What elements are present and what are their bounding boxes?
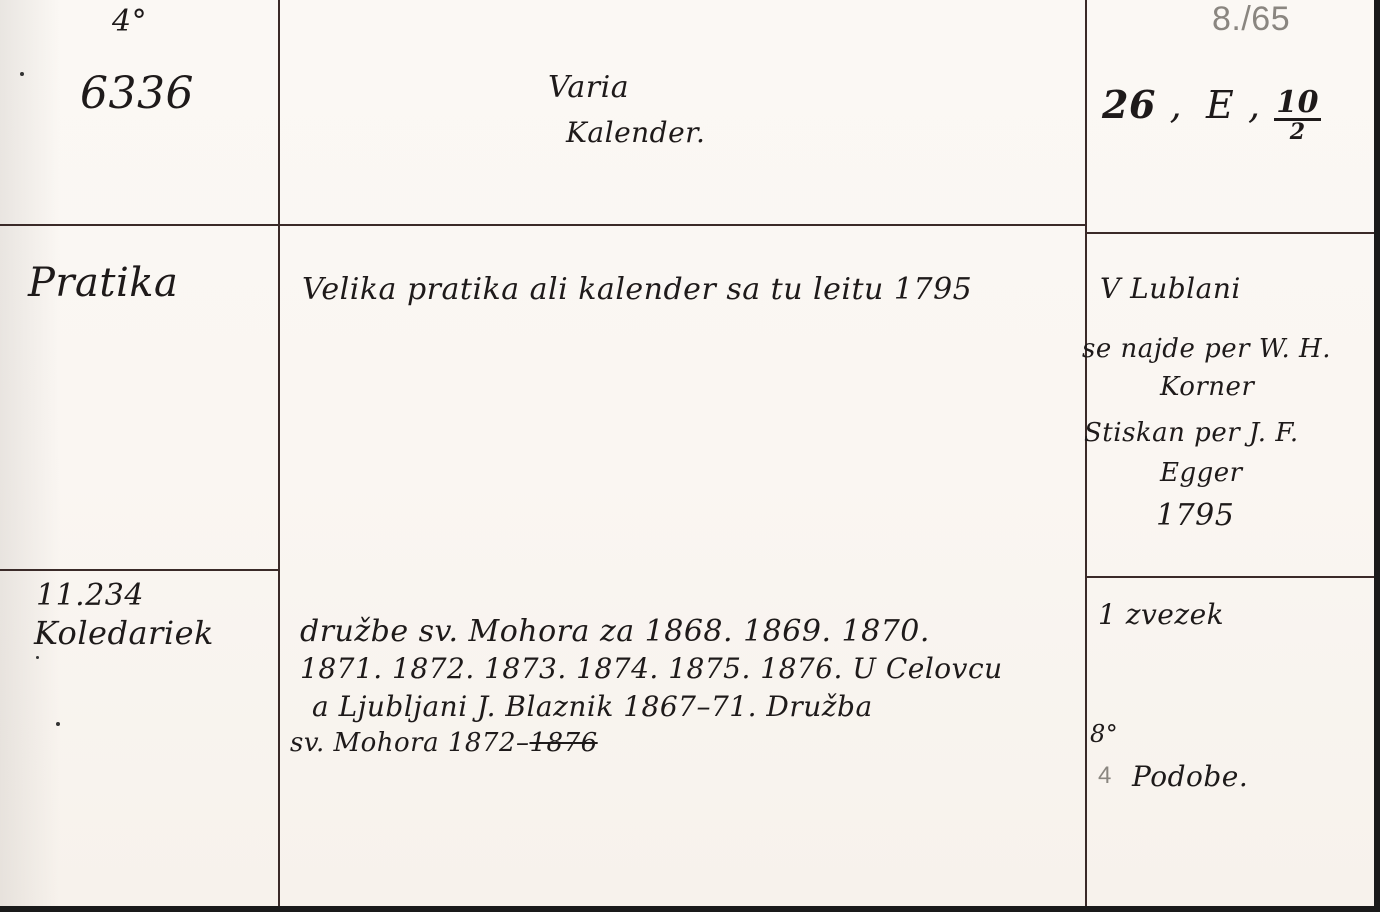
row-rule-entry1-right bbox=[1085, 576, 1374, 578]
entry2-illustrations: Podobe. bbox=[1132, 760, 1248, 793]
entry2-heading: Koledariek bbox=[34, 614, 214, 652]
entry2-number: 11.234 bbox=[36, 578, 144, 613]
shelf-mark-fraction-num: 10 bbox=[1274, 88, 1321, 121]
call-number: 6336 bbox=[80, 68, 194, 119]
entry2-title-line-3: a Ljubljani J. Blaznik 1867–71. Družba bbox=[312, 690, 873, 723]
shelf-mark-part-b: E bbox=[1206, 83, 1234, 127]
shelf-mark: 26 , E , 10 2 bbox=[1102, 82, 1321, 143]
ink-speck bbox=[20, 72, 24, 76]
shelf-mark-sep-1: , bbox=[1170, 83, 1183, 127]
ink-speck bbox=[56, 722, 60, 726]
entry1-heading: Pratika bbox=[28, 260, 178, 306]
row-rule-header-right bbox=[1085, 232, 1374, 234]
column-rule-right bbox=[1085, 0, 1087, 906]
row-rule-header bbox=[0, 224, 1085, 226]
format-label: 4° bbox=[112, 4, 147, 39]
entry1-imprint-line-5: Egger bbox=[1160, 458, 1243, 488]
shelf-mark-sep-2: , bbox=[1248, 83, 1261, 127]
column-rule-left bbox=[278, 0, 280, 906]
entry1-imprint-line-4: Stiskan per J. F. bbox=[1084, 418, 1299, 448]
entry1-title: Velika pratika ali kalender sa tu leitu … bbox=[302, 272, 972, 307]
entry1-imprint-line-3: Korner bbox=[1160, 372, 1254, 402]
pencil-note: 8./65 bbox=[1212, 0, 1290, 39]
shelf-mark-fraction: 10 2 bbox=[1274, 88, 1321, 143]
shelf-mark-fraction-den: 2 bbox=[1274, 121, 1321, 143]
row-rule-entry1-left bbox=[0, 569, 278, 571]
header-subject: Varia bbox=[548, 70, 629, 105]
entry2-format: 8° bbox=[1090, 720, 1118, 748]
catalog-card: 4° 6336 Varia Kalender. 8./65 26 , E , 1… bbox=[0, 0, 1374, 906]
header-category: Kalender. bbox=[566, 116, 705, 149]
shelf-mark-part-a: 26 bbox=[1102, 82, 1156, 127]
entry2-title-line-1: družbe sv. Mohora za 1868. 1869. 1870. bbox=[300, 614, 930, 649]
entry2-extent: 1 zvezek bbox=[1098, 598, 1224, 631]
ink-speck bbox=[36, 656, 39, 659]
entry1-imprint-line-1: V Lublani bbox=[1100, 272, 1241, 305]
entry2-title-line-4-text: sv. Mohora 1872– bbox=[290, 728, 530, 758]
entry1-imprint-line-6: 1795 bbox=[1156, 498, 1234, 533]
entry1-imprint-line-2: se najde per W. H. bbox=[1082, 334, 1331, 364]
entry2-title-line-2: 1871. 1872. 1873. 1874. 1875. 1876. U Ce… bbox=[300, 652, 1003, 685]
entry2-title-line-4: sv. Mohora 1872–1876 bbox=[290, 728, 598, 758]
entry2-struck-year: 1876 bbox=[530, 728, 598, 758]
entry2-illustration-count: 4 bbox=[1098, 762, 1112, 790]
